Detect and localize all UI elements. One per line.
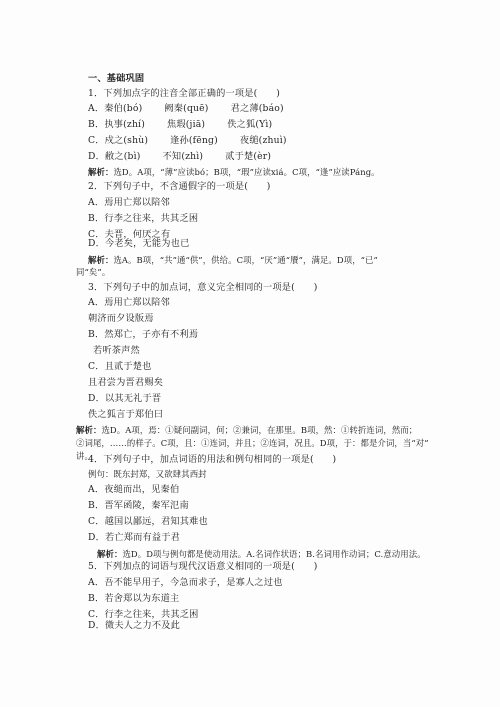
option-label: C． (88, 361, 105, 372)
analysis-text: 选D。A项，“薄”应读bó；B项，“瑕”应读xiá。C项，“逢”应读Páng。 (113, 167, 379, 177)
option-text: 越国以鄙远，君知其难也 (105, 516, 208, 527)
option-label: B． (88, 500, 104, 511)
option-item: 执事(zhí) (104, 119, 145, 130)
q2-analysis: 解析：选A。B项，“共”通“供”，供给。C项，“厌”通“餍”，满足。D项，“已” (88, 254, 378, 266)
option-label: B． (88, 119, 104, 130)
option-label: A． (88, 577, 104, 588)
option-item: 不知(zhì) (163, 151, 204, 162)
option-label: C． (88, 609, 105, 620)
option-text: 若舍郑以为东道主 (104, 593, 179, 604)
option-text: 微夫人之力不及此 (105, 620, 180, 631)
q3-option-b: B．然郑亡，子亦有不利焉 (88, 329, 198, 341)
q3-option-b-pair: 若听茶声然 (93, 345, 140, 357)
option-label: D． (88, 620, 105, 631)
q4-example: 例句：既东封郑，又欲肆其西封 (88, 468, 207, 480)
q3-analysis-cont-1: ②词尾，……的样子。C项，且：①连词，并且；②连词，况且。D项，于：都是介词，当… (76, 437, 429, 449)
option-text: 若亡郑而有益于君 (105, 532, 180, 543)
q4-option-a: A．夜缒而出，见秦伯 (88, 484, 179, 496)
document-page: 一、基础巩固 1．下列加点字的注音全部正确的一项是( ) A．秦伯(bó)阙秦(… (0, 0, 500, 707)
option-item: 佚之狐(Yì) (227, 119, 272, 130)
question-2-stem: 2．下列句子中，不含通假字的一项是( ) (88, 181, 271, 193)
q5-option-a: A．吾不能早用子，今急而求子，是寡人之过也 (88, 577, 283, 589)
q2-option-d: D．今老矣，无能为也已 (88, 238, 189, 250)
question-4-stem: 4．下列句子中，加点词语的用法和例句相同的一项是( ) (88, 454, 336, 466)
option-label: A． (88, 103, 104, 114)
q4-analysis: 解析：选D。D项与例句都是使动用法。A.名词作状语；B.名词用作动词；C.意动用… (97, 548, 426, 560)
option-item: 阙秦(quē) (164, 103, 208, 114)
q1-option-d: D．敝之(bì)不知(zhì)贰于楚(èr) (88, 151, 271, 163)
q3-analysis: 解析：选D。A项，焉：①疑问副词，何；②兼词，在那里。B项，然：①转折连词，然而… (76, 424, 417, 436)
option-label: B． (88, 329, 104, 340)
option-text: 晋军函陵，秦军氾南 (104, 500, 189, 511)
q3-option-a: A．焉用亡郑以陪邻 (88, 297, 170, 309)
question-1-stem: 1．下列加点字的注音全部正确的一项是( ) (88, 88, 280, 100)
q2-option-b: B．行李之往来，共其乏困 (88, 213, 198, 225)
q4-option-d: D．若亡郑而有益于君 (88, 532, 180, 544)
option-label: C． (88, 516, 105, 527)
option-label: D． (88, 151, 105, 162)
option-item: 戍之(shù) (105, 135, 149, 146)
q2-analysis-cont: 同“矣”。 (76, 266, 110, 278)
option-text: 且贰于楚也 (105, 361, 152, 372)
option-item: 秦伯(bó) (104, 103, 142, 114)
analysis-label: 解析： (97, 549, 122, 559)
option-label: B． (88, 213, 104, 224)
option-text: 焉用亡郑以陪邻 (104, 297, 170, 308)
q1-option-a: A．秦伯(bó)阙秦(quē)君之薄(báo) (88, 103, 284, 115)
q1-analysis: 解析：选D。A项，“薄”应读bó；B项，“瑕”应读xiá。C项，“逢”应读Pán… (88, 166, 380, 178)
option-text: 以其无礼于晋 (105, 393, 161, 404)
option-item: 逢孙(fēng) (170, 135, 218, 146)
q3-option-c: C．且贰于楚也 (88, 361, 152, 373)
option-label: A． (88, 197, 104, 208)
question-3-stem: 3．下列句子中的加点词，意义完全相同的一项是( ) (88, 282, 318, 294)
option-text: 行李之往来，共其乏困 (105, 609, 199, 620)
question-5-stem: 5．下列加点的词语与现代汉语意义相同的一项是( ) (88, 561, 318, 573)
q4-option-b: B．晋军函陵，秦军氾南 (88, 500, 189, 512)
analysis-label: 解析： (88, 255, 113, 265)
option-text: 焉用亡郑以陪邻 (104, 197, 170, 208)
option-label: A． (88, 484, 104, 495)
analysis-label: 解析： (76, 425, 101, 435)
q1-option-c: C．戍之(shù)逢孙(fēng)夜缒(zhuì) (88, 135, 287, 147)
option-text: 今老矣，无能为也已 (105, 238, 190, 249)
q3-option-a-pair: 朝济而夕设版焉 (88, 313, 154, 325)
option-label: A． (88, 297, 104, 308)
option-text: 然郑亡，子亦有不利焉 (104, 329, 198, 340)
option-text: 夜缒而出，见秦伯 (104, 484, 179, 495)
q5-option-d: D．微夫人之力不及此 (88, 620, 180, 632)
q2-option-a: A．焉用亡郑以陪邻 (88, 197, 170, 209)
option-item: 贰于楚(èr) (225, 151, 271, 162)
analysis-text: 选A。B项，“共”通“供”，供给。C项，“厌”通“餍”，满足。D项，“已” (113, 255, 377, 265)
q3-option-d-pair: 佚之狐言于郑伯曰 (88, 409, 163, 421)
q3-option-d: D．以其无礼于晋 (88, 393, 161, 405)
option-label: D． (88, 532, 105, 543)
option-item: 焦瑕(jiā) (167, 119, 205, 130)
q1-option-b: B．执事(zhí)焦瑕(jiā)佚之狐(Yì) (88, 119, 272, 131)
option-label: C． (88, 135, 105, 146)
option-text: 行李之往来，共其乏困 (104, 213, 198, 224)
analysis-text: 选D。D项与例句都是使动用法。A.名词作状语；B.名词用作动词；C.意动用法。 (122, 549, 425, 559)
q5-option-b: B．若舍郑以为东道主 (88, 593, 179, 605)
option-item: 君之薄(báo) (231, 103, 284, 114)
option-label: D． (88, 393, 105, 404)
section-title: 一、基础巩固 (88, 73, 144, 85)
q3-option-c-pair: 且君尝为晋君赐矣 (88, 377, 163, 389)
analysis-text: 选D。A项，焉：①疑问副词，何；②兼词，在那里。B项，然：①转折连词，然而； (101, 425, 417, 435)
analysis-label: 解析： (88, 167, 113, 177)
option-text: 吾不能早用子，今急而求子，是寡人之过也 (104, 577, 282, 588)
option-item: 敝之(bì) (105, 151, 141, 162)
option-label: B． (88, 593, 104, 604)
option-item: 夜缒(zhuì) (240, 135, 287, 146)
option-label: D． (88, 238, 105, 249)
q4-option-c: C．越国以鄙远，君知其难也 (88, 516, 208, 528)
